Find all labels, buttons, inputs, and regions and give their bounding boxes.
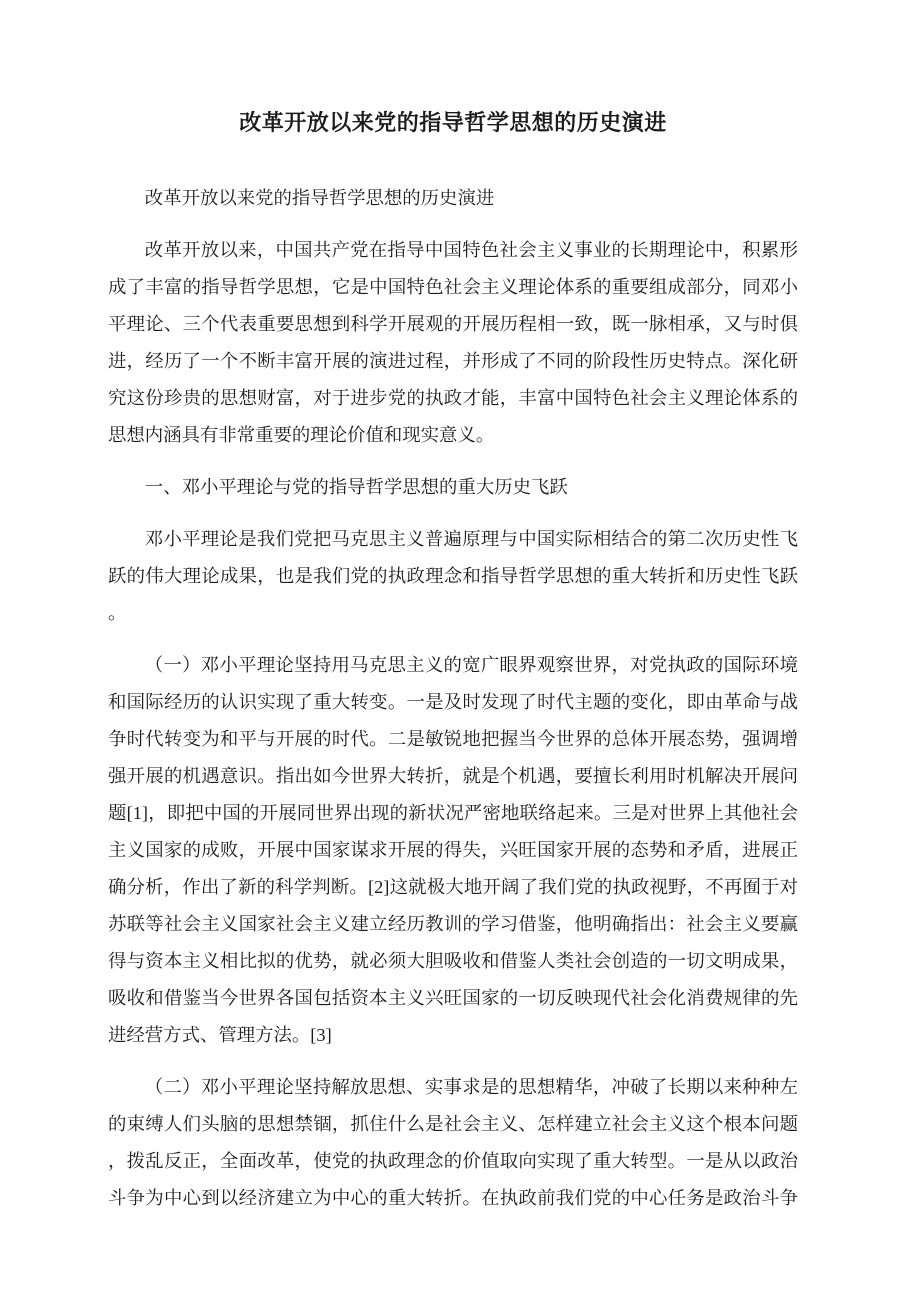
text-line: 思想内涵具有非常重要的理论价值和现实意义。 <box>108 417 798 454</box>
text-line: ，拨乱反正，全面改革，使党的执政理念的价值取向实现了重大转型。一是从以政治 <box>108 1143 798 1180</box>
paragraph-intro: 改革开放以来，中国共产党在指导中国特色社会主义事业的长期理论中，积累形 成了丰富… <box>108 232 798 454</box>
text-line: 主义国家的成败，开展中国家谋求开展的得失，兴旺国家开展的态势和矛盾，进展正 <box>108 832 798 869</box>
text-line: 的束缚人们头脑的思想禁锢，抓住什么是社会主义、怎样建立社会主义这个根本问题 <box>108 1106 798 1143</box>
paragraph-deng-overview: 邓小平理论是我们党把马克思主义普遍原理与中国实际相结合的第二次历史性飞 跃的伟大… <box>108 521 798 632</box>
text-line: 吸收和借鉴当今世界各国包括资本主义兴旺国家的一切反映现代社会化消费规律的先 <box>108 980 798 1017</box>
text-line: 平理论、三个代表重要思想到科学开展观的开展历程相一致，既一脉相承，又与时俱 <box>108 306 798 343</box>
subtitle-line: 改革开放以来党的指导哲学思想的历史演进 <box>108 180 798 217</box>
text-line: 得与资本主义相比拟的优势，就必须大胆吸收和借鉴人类社会创造的一切文明成果， <box>108 943 798 980</box>
text-line: 。 <box>108 595 798 632</box>
text-line: 进经营方式、管理方法。[3] <box>108 1017 798 1054</box>
subtitle-paragraph: 改革开放以来党的指导哲学思想的历史演进 <box>108 180 798 217</box>
text-line: 跃的伟大理论成果，也是我们党的执政理念和指导哲学思想的重大转折和历史性飞跃 <box>108 558 798 595</box>
text-line: 进，经历了一个不断丰富开展的演进过程，并形成了不同的阶段性历史特点。深化研 <box>108 343 798 380</box>
text-line: 争时代转变为和平与开展的时代。二是敏锐地把握当今世界的总体开展态势，强调增 <box>108 721 798 758</box>
text-line: 斗争为中心到以经济建立为中心的重大转折。在执政前我们党的中心任务是政治斗争 <box>108 1180 798 1217</box>
text-line: （二）邓小平理论坚持解放思想、实事求是的思想精华，冲破了长期以来种种左 <box>108 1069 798 1106</box>
text-line: 成了丰富的指导哲学思想，它是中国特色社会主义理论体系的重要组成部分，同邓小 <box>108 269 798 306</box>
text-line: 苏联等社会主义国家社会主义建立经历教训的学习借鉴，他明确指出：社会主义要赢 <box>108 906 798 943</box>
text-line: （一）邓小平理论坚持用马克思主义的宽广眼界观察世界，对党执政的国际环境 <box>108 647 798 684</box>
text-line: 改革开放以来，中国共产党在指导中国特色社会主义事业的长期理论中，积累形 <box>108 232 798 269</box>
section-heading-1: 一、邓小平理论与党的指导哲学思想的重大历史飞跃 <box>108 469 798 506</box>
text-line: 邓小平理论是我们党把马克思主义普遍原理与中国实际相结合的第二次历史性飞 <box>108 521 798 558</box>
document-page: 改革开放以来党的指导哲学思想的历史演进 改革开放以来党的指导哲学思想的历史演进 … <box>0 0 920 1302</box>
document-title: 改革开放以来党的指导哲学思想的历史演进 <box>108 106 798 140</box>
text-line: 和国际经历的认识实现了重大转变。一是及时发现了时代主题的变化，即由革命与战 <box>108 684 798 721</box>
section-heading-line: 一、邓小平理论与党的指导哲学思想的重大历史飞跃 <box>108 469 798 506</box>
text-line: 强开展的机遇意识。指出如今世界大转折，就是个机遇，要擅长利用时机解决开展问 <box>108 758 798 795</box>
text-line: 题[1]，即把中国的开展同世界出现的新状况严密地联络起来。三是对世界上其他社会 <box>108 795 798 832</box>
text-line: 究这份珍贵的思想财富，对于进步党的执政才能，丰富中国特色社会主义理论体系的 <box>108 380 798 417</box>
text-line: 确分析，作出了新的科学判断。[2]这就极大地开阔了我们党的执政视野，不再囿于对 <box>108 869 798 906</box>
paragraph-point-one: （一）邓小平理论坚持用马克思主义的宽广眼界观察世界，对党执政的国际环境 和国际经… <box>108 647 798 1054</box>
paragraph-point-two: （二）邓小平理论坚持解放思想、实事求是的思想精华，冲破了长期以来种种左 的束缚人… <box>108 1069 798 1217</box>
